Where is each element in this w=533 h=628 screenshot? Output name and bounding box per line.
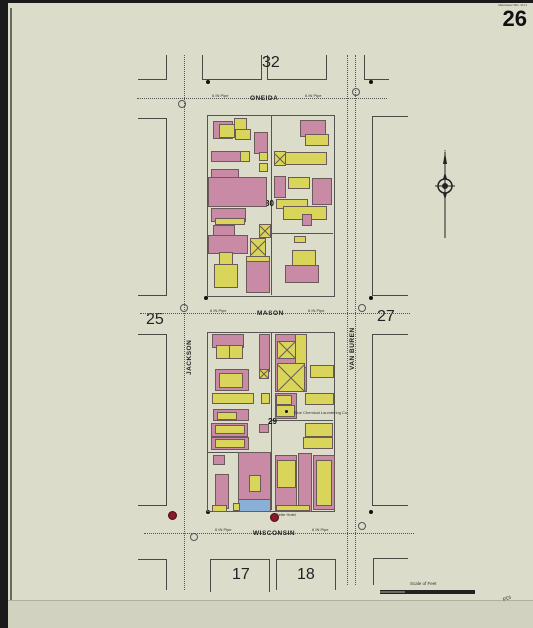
building-frame[interactable] — [240, 151, 250, 162]
building-frame[interactable] — [305, 393, 334, 405]
adjacent-sheet-south-right[interactable]: 18 — [297, 566, 315, 584]
building-brick[interactable] — [211, 151, 243, 162]
building-vacant-x[interactable] — [259, 224, 271, 238]
building-vacant-x[interactable] — [250, 238, 266, 257]
building-frame[interactable] — [212, 505, 227, 512]
building-brick[interactable] — [259, 334, 270, 372]
building-frame[interactable] — [219, 124, 235, 138]
boiler-marker — [285, 410, 288, 413]
commercial-block-building[interactable] — [208, 177, 267, 207]
lot-line — [272, 420, 333, 421]
street-label-wisconsin: WISCONSIN — [253, 530, 295, 537]
block-outline-se — [373, 558, 408, 585]
hydrant-dot — [369, 510, 373, 514]
valve-marker — [180, 304, 188, 312]
building-frame[interactable] — [219, 373, 243, 388]
sheet-bottom-margin — [8, 600, 533, 628]
building-brick[interactable] — [274, 176, 286, 198]
building-frame[interactable] — [310, 365, 334, 378]
scale-bar-subdivision — [380, 591, 405, 593]
building-brick[interactable] — [298, 453, 312, 512]
valve-marker — [178, 100, 186, 108]
street-label-oneida: ONEIDA — [250, 95, 278, 102]
pipe-label-wisconsin-e: 6 IN Pipe — [312, 527, 328, 532]
building-frame[interactable] — [216, 345, 230, 359]
block-outline-west-upper — [138, 118, 167, 296]
label-hotel: Sette Hotel — [276, 512, 296, 517]
block-outline-nw — [138, 55, 167, 80]
building-frame[interactable] — [215, 439, 245, 448]
building-frame[interactable] — [259, 152, 268, 161]
building-frame[interactable] — [294, 236, 306, 243]
building-frame[interactable] — [303, 437, 333, 449]
hydrant-dot — [369, 296, 373, 300]
street-label-jackson: JACKSON — [186, 340, 193, 375]
building-frame[interactable] — [276, 505, 310, 511]
van-buren-street-pipe-2 — [355, 55, 356, 585]
pipe-label-mason-e: 6 IN Pipe — [308, 308, 324, 313]
valve-marker — [358, 304, 366, 312]
building-frame[interactable] — [229, 345, 243, 359]
building-frame[interactable] — [215, 425, 245, 434]
pipe-label-wisconsin-w: 6 IN Pipe — [215, 527, 231, 532]
building-frame[interactable] — [316, 460, 332, 506]
hydrant-dot — [369, 80, 373, 84]
building-stone[interactable] — [238, 499, 271, 512]
building-brick[interactable] — [254, 132, 268, 154]
fire-alarm-marker — [168, 511, 177, 520]
hydrant-dot — [206, 80, 210, 84]
street-label-van-buren: VAN BUREN — [349, 327, 356, 370]
valve-marker — [358, 522, 366, 530]
lot-line — [272, 233, 333, 234]
block-outline-n-left — [202, 55, 262, 80]
van-buren-street-pipe-1 — [347, 55, 348, 585]
valve-marker — [190, 533, 198, 541]
label-laundering-co: Blue Chemical Laundering Co. — [294, 410, 348, 415]
building-frame[interactable] — [259, 163, 268, 172]
building-vacant-x[interactable] — [277, 363, 305, 392]
building-frame[interactable] — [233, 503, 240, 511]
building-frame[interactable] — [261, 393, 270, 404]
pipe-label-oneida-w: 6 IN Pipe — [212, 93, 228, 98]
building-frame[interactable] — [249, 475, 261, 492]
compass-rose-icon: N — [433, 150, 457, 240]
building-frame[interactable] — [217, 412, 237, 420]
building-frame[interactable] — [277, 460, 296, 488]
building-frame[interactable] — [285, 152, 327, 165]
scale-label: Scale of Feet — [410, 581, 437, 586]
building-frame[interactable] — [288, 177, 310, 189]
building-brick[interactable] — [215, 474, 229, 509]
block-outline-ne — [364, 55, 389, 80]
svg-text:N: N — [444, 150, 446, 153]
building-frame[interactable] — [305, 423, 333, 437]
block-outline-east-upper — [372, 116, 408, 296]
valve-marker — [352, 88, 360, 96]
building-brick[interactable] — [213, 455, 225, 465]
adjacent-sheet-south-left[interactable]: 17 — [232, 566, 250, 584]
building-brick[interactable] — [259, 424, 269, 433]
adjacent-sheet-east[interactable]: 27 — [377, 308, 395, 326]
street-label-mason: MASON — [257, 310, 284, 317]
building-frame[interactable] — [214, 264, 238, 288]
block-outline-west-lower — [138, 334, 167, 506]
building-frame[interactable] — [276, 395, 292, 405]
building-brick[interactable] — [302, 214, 312, 226]
jackson-street-pipe — [184, 55, 185, 590]
sheet-binding-edge — [10, 8, 12, 618]
building-vacant-x[interactable] — [259, 369, 269, 379]
building-frame[interactable] — [212, 393, 254, 404]
commercial-block-2[interactable] — [246, 261, 270, 293]
dwelling-building[interactable] — [285, 265, 319, 283]
pipe-label-mason-w: 6 IN Pipe — [210, 308, 226, 313]
page-number: 26 — [503, 6, 527, 32]
block-outline-sw — [138, 559, 167, 590]
building-frame[interactable] — [215, 218, 245, 225]
building-brick[interactable] — [312, 178, 332, 205]
building-vacant-x[interactable] — [277, 341, 297, 359]
adjacent-sheet-north[interactable]: 32 — [262, 54, 280, 72]
building-frame[interactable] — [305, 134, 329, 146]
pipe-label-oneida-e: 6 IN Pipe — [305, 93, 321, 98]
building-frame[interactable] — [235, 129, 251, 140]
block-outline-east-lower — [372, 334, 408, 506]
